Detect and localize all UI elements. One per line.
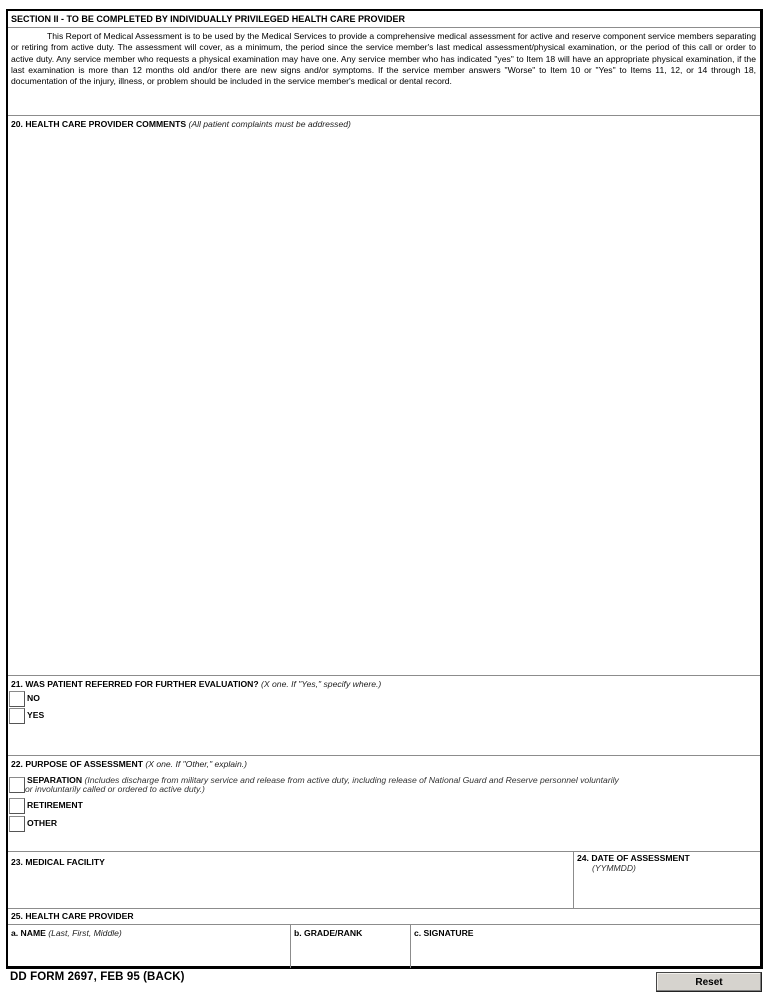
signature-input[interactable] — [414, 941, 757, 966]
separation-note-line2-wrap: or involuntarily called or ordered to ac… — [25, 784, 205, 794]
yes-checkbox[interactable] — [9, 708, 25, 724]
retirement-checkbox[interactable] — [9, 798, 25, 814]
name-note: (Last, First, Middle) — [48, 928, 122, 938]
item-20-label: 20. HEALTH CARE PROVIDER COMMENTS — [11, 119, 186, 129]
grade-rank-input[interactable] — [294, 941, 407, 966]
separation-note-line2: or involuntarily called or ordered to ac… — [25, 784, 205, 794]
item-23-medical-facility: 23. MEDICAL FACILITY — [8, 852, 574, 909]
provider-name-input[interactable] — [11, 941, 287, 966]
yes-label: YES — [25, 708, 44, 720]
separation-checkbox[interactable] — [9, 777, 25, 793]
signature-label: c. SIGNATURE — [411, 925, 760, 938]
item-22-label-wrap: 22. PURPOSE OF ASSESSMENT (X one. If "Ot… — [8, 756, 760, 769]
name-label-wrap: a. NAME (Last, First, Middle) — [8, 925, 290, 938]
item-21-label-wrap: 21. WAS PATIENT REFERRED FOR FURTHER EVA… — [8, 676, 760, 689]
item-24-date-of-assessment: 24. DATE OF ASSESSMENT (YYMMDD) — [574, 852, 760, 909]
item-21-label: 21. WAS PATIENT REFERRED FOR FURTHER EVA… — [11, 679, 259, 689]
option-other[interactable]: OTHER — [9, 816, 57, 832]
option-retirement[interactable]: RETIREMENT — [9, 798, 83, 814]
other-checkbox[interactable] — [9, 816, 25, 832]
option-yes[interactable]: YES — [9, 708, 44, 724]
form-identifier: DD FORM 2697, FEB 95 (BACK) — [10, 971, 185, 983]
retirement-label: RETIREMENT — [25, 798, 83, 810]
item-23-label: 23. MEDICAL FACILITY — [8, 852, 573, 867]
comments-textarea[interactable] — [10, 132, 758, 673]
item-24-label: 24. DATE OF ASSESSMENT — [574, 852, 760, 863]
medical-assessment-form: SECTION II - TO BE COMPLETED BY INDIVIDU… — [6, 9, 763, 969]
section-title: SECTION II - TO BE COMPLETED BY INDIVIDU… — [11, 14, 405, 24]
other-label: OTHER — [25, 816, 57, 828]
facility-date-row: 23. MEDICAL FACILITY 24. DATE OF ASSESSM… — [8, 852, 760, 909]
item-22-purpose: 22. PURPOSE OF ASSESSMENT (X one. If "Ot… — [8, 756, 760, 852]
item-21-note: (X one. If "Yes," specify where.) — [261, 679, 381, 689]
name-label: a. NAME — [11, 928, 46, 938]
signature-cell: c. SIGNATURE — [411, 925, 760, 968]
item-20-comments: 20. HEALTH CARE PROVIDER COMMENTS (All p… — [8, 116, 760, 676]
option-no[interactable]: NO — [9, 691, 40, 707]
grade-rank-cell: b. GRADE/RANK — [291, 925, 411, 968]
date-of-assessment-input[interactable] — [577, 878, 757, 907]
item-20-label-wrap: 20. HEALTH CARE PROVIDER COMMENTS (All p… — [8, 116, 760, 129]
no-label: NO — [25, 691, 40, 703]
provider-details-row: a. NAME (Last, First, Middle) b. GRADE/R… — [8, 925, 760, 968]
reset-button[interactable]: Reset — [656, 972, 762, 992]
item-25-label: 25. HEALTH CARE PROVIDER — [8, 909, 760, 921]
section-header: SECTION II - TO BE COMPLETED BY INDIVIDU… — [8, 11, 760, 28]
medical-facility-input[interactable] — [11, 868, 570, 907]
provider-name-cell: a. NAME (Last, First, Middle) — [8, 925, 291, 968]
item-22-label: 22. PURPOSE OF ASSESSMENT — [11, 759, 143, 769]
item-24-format: (YYMMDD) — [574, 863, 760, 873]
no-checkbox[interactable] — [9, 691, 25, 707]
section-instructions: This Report of Medical Assessment is to … — [8, 28, 760, 116]
item-25-header: 25. HEALTH CARE PROVIDER — [8, 909, 760, 925]
item-20-note: (All patient complaints must be addresse… — [188, 119, 350, 129]
item-22-note: (X one. If "Other," explain.) — [145, 759, 247, 769]
grade-rank-label: b. GRADE/RANK — [291, 925, 410, 938]
instructions-text: This Report of Medical Assessment is to … — [11, 31, 756, 87]
item-21-referred: 21. WAS PATIENT REFERRED FOR FURTHER EVA… — [8, 676, 760, 756]
